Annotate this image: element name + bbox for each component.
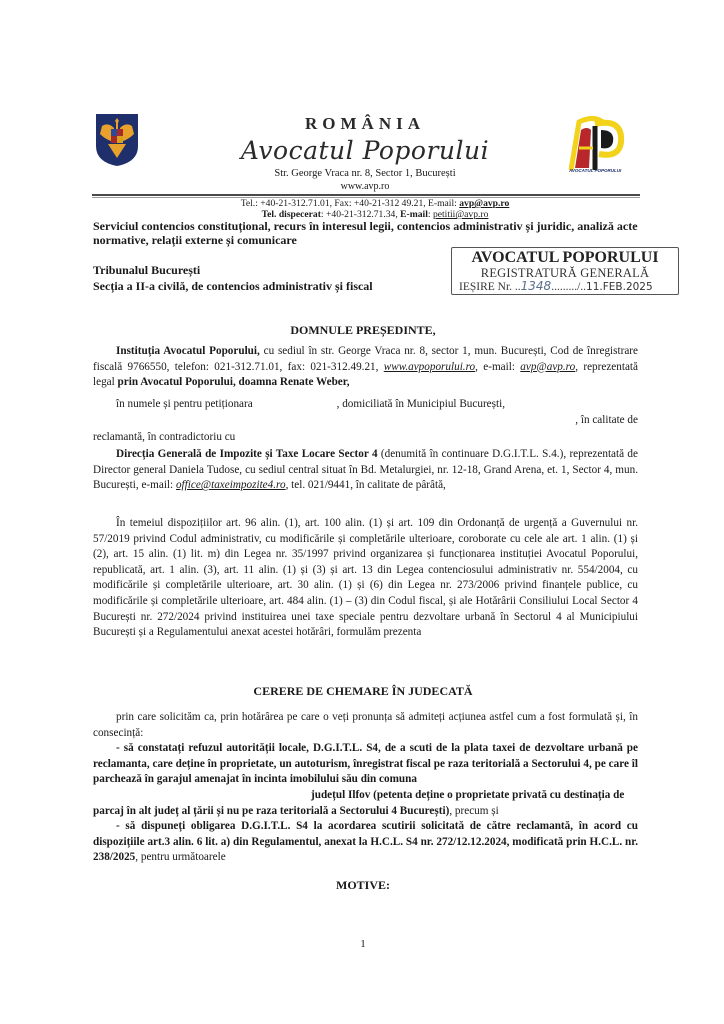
legal-basis-text: În temeiul dispozițiilor art. 96 alin. (… xyxy=(93,517,638,638)
institution-address: Str. George Vraca nr. 8, Sector 1, Bucur… xyxy=(200,168,530,179)
stamp-number: 1348 xyxy=(521,279,552,293)
contact-phone-fax: Tel.: +40-21-312.71.01, Fax: +40-21-312 … xyxy=(241,198,460,209)
avp-logo-icon: AVOCATUL POPORULUI xyxy=(565,112,627,178)
petitioner-capacity: , în calitate de xyxy=(93,414,638,426)
document-heading: CERERE DE CHEMARE ÎN JUDECATĂ xyxy=(93,684,633,699)
text-fragment: , precum și xyxy=(449,805,498,817)
request-item-2: - să dispuneți obligarea D.G.I.T.L. S4 l… xyxy=(93,819,638,866)
legal-representative: prin Avocatul Poporului, doamna Renate W… xyxy=(118,376,350,388)
institution-name: Instituția Avocatul Poporului, xyxy=(116,345,260,357)
defendant-email-link[interactable]: office@taxeimpozite4.ro xyxy=(176,479,286,491)
stamp-title: AVOCATUL POPORULUI xyxy=(452,249,678,267)
institution-email-link[interactable]: avp@avp.ro xyxy=(520,361,575,373)
institution-website: www.avp.ro xyxy=(200,181,530,192)
request-item-1: - să constatați refuzul autorității loca… xyxy=(93,741,638,788)
request-intro: prin care solicităm ca, prin hotărârea p… xyxy=(93,710,638,741)
court-name: Tribunalul București xyxy=(93,262,423,278)
stamp-date: 11.FEB.2025 xyxy=(586,281,653,293)
contact-line-1: Tel.: +40-21-312.71.01, Fax: +40-21-312 … xyxy=(150,198,600,209)
text-fragment: , tel. 021/9441, în calitate de pârâtă, xyxy=(286,479,446,491)
stamp-registration-line: IEȘIRE Nr. ..1348........./..11.FEB.2025 xyxy=(459,279,674,293)
petitioner-role: reclamantă, în contradictoriu cu xyxy=(93,431,638,443)
institution-website-link[interactable]: www.avpoporului.ro xyxy=(384,361,475,373)
registry-stamp: AVOCATUL POPORULUI REGISTRATURĂ GENERALĂ… xyxy=(451,247,679,295)
coat-of-arms-icon xyxy=(94,112,140,167)
text-fragment: , e-mail: xyxy=(475,361,520,373)
defendant-paragraph: Direcția Generală de Impozite și Taxe Lo… xyxy=(93,447,638,494)
request-item-1-tail: județul Ilfov (petenta deține o propriet… xyxy=(93,789,624,817)
service-department: Serviciul contencios constituțional, rec… xyxy=(93,219,653,247)
motives-heading: MOTIVE: xyxy=(93,878,633,893)
plaintiff-representative-paragraph: Instituția Avocatul Poporului, cu sediul… xyxy=(93,344,638,391)
court-section: Secția a II-a civilă, de contencios admi… xyxy=(93,278,423,294)
petitioner-line: în numele și pentru petiționara , domici… xyxy=(116,398,636,410)
text-fragment: , pentru următoarele xyxy=(135,851,225,863)
header-divider xyxy=(92,194,640,196)
salutation: DOMNULE PREȘEDINTE, xyxy=(93,323,633,338)
institution-title: Avocatul Poporului xyxy=(200,136,530,165)
country-title: ROMÂNIA xyxy=(200,114,530,134)
avp-logo-caption: AVOCATUL POPORULUI xyxy=(569,168,627,173)
request-item-1-text: - să constatați refuzul autorității loca… xyxy=(93,742,638,785)
stamp-label: IEȘIRE Nr. xyxy=(459,281,512,293)
defendant-name: Direcția Generală de Impozite și Taxe Lo… xyxy=(116,448,378,460)
request-item-1-continuation: județul Ilfov (petenta deține o propriet… xyxy=(93,788,638,819)
page-number: 1 xyxy=(93,938,633,950)
request-intro-text: prin care solicităm ca, prin hotărârea p… xyxy=(93,711,638,739)
legal-basis-paragraph: În temeiul dispozițiilor art. 96 alin. (… xyxy=(93,516,638,641)
addressee-block: Tribunalul București Secția a II-a civil… xyxy=(93,262,423,294)
contact-email-link[interactable]: avp@avp.ro xyxy=(459,198,509,209)
